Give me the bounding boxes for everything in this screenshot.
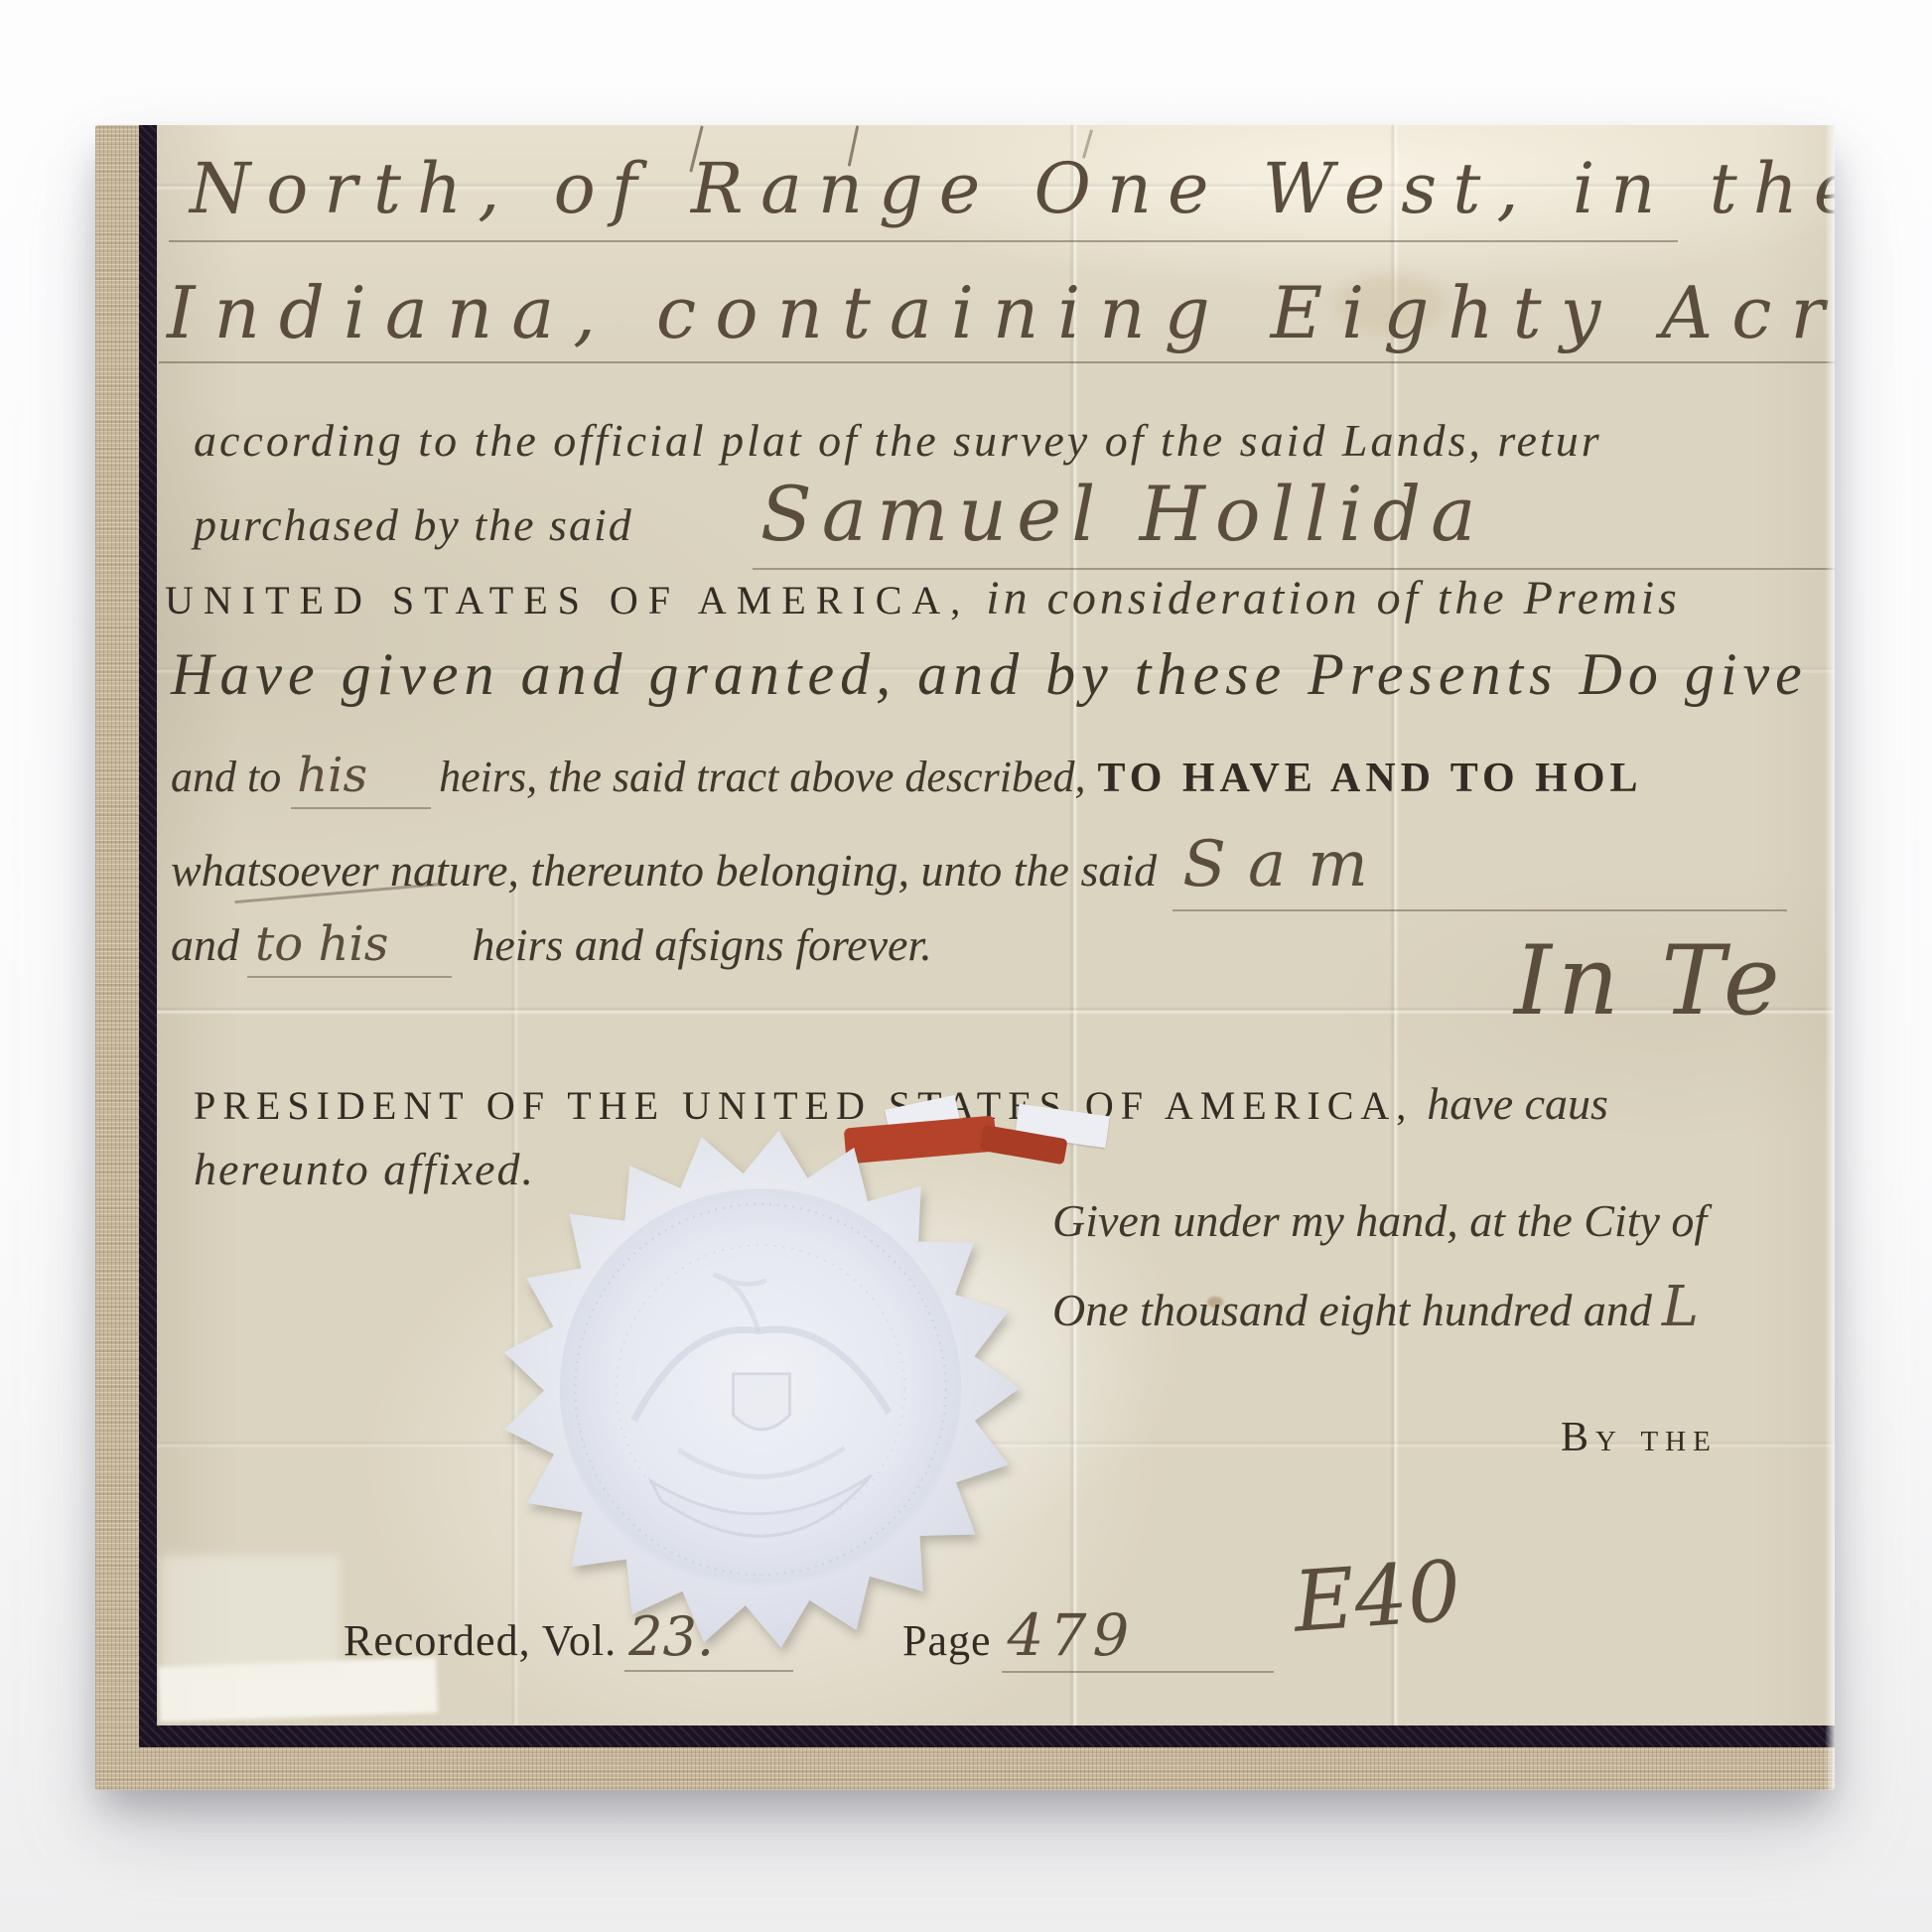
handwritten-line-acreage: Indiana, containing Eighty Acres	[167, 276, 1835, 351]
line-one-thousand: One thousand eight hundred andL	[1052, 1279, 1699, 1337]
engraved-have-caused: have caus	[1427, 1078, 1608, 1129]
photo-crop-edge	[1825, 125, 1835, 1790]
ruled-line	[169, 240, 1678, 242]
printed-to-have-and-to-hold: TO HAVE AND TO HOL	[1097, 756, 1642, 801]
engraved-hereunto-affixed: hereunto affixed.	[194, 1146, 535, 1193]
line-united-states: UNITED STATES OF AMERICA,in consideratio…	[165, 574, 1681, 623]
printed-united-states-of-america: UNITED STATES OF AMERICA,	[165, 578, 970, 622]
printed-president-of-us: PRESIDENT OF THE UNITED STATES OF AMERIC…	[194, 1083, 1413, 1128]
printed-by-the: By the	[1561, 1416, 1718, 1459]
framed-land-patent-photo: North, of Range One West, in the D India…	[95, 125, 1835, 1790]
engraved-have-given: Have given and granted, and by these Pre…	[171, 643, 1808, 706]
linen-mat-bottom	[95, 1747, 1835, 1790]
engraved-line-according: according to the official plat of the su…	[194, 417, 1602, 465]
engraved-whatsoever: whatsoever nature, thereunto belonging, …	[171, 845, 1157, 896]
fold-crease-vertical	[1069, 125, 1078, 1725]
handwritten-volume-number: 23.	[624, 1605, 793, 1672]
engraved-and-to: and to	[171, 753, 281, 801]
footer-recorded-line: Recorded, Vol.23.Page479E40	[344, 1583, 1460, 1670]
printed-recorded-vol: Recorded, Vol.	[344, 1616, 617, 1665]
line-heirs-tract: and tohisheirs, the said tract above des…	[171, 751, 1643, 800]
engraved-in-consideration: in consideration of the Premis	[986, 572, 1681, 624]
paper-lightened-area	[161, 1555, 340, 1674]
line-purchased: purchased by the saidSamuel Hollida	[194, 475, 1835, 554]
engraved-one-thousand: One thousand eight hundred and	[1052, 1285, 1652, 1335]
frame-inner-edge-left	[139, 125, 157, 1747]
handwritten-his: his	[291, 748, 431, 809]
handwritten-to-his: to his	[247, 916, 452, 978]
engraved-heirs-assigns: heirs and afsigns forever.	[472, 919, 931, 970]
frame-inner-edge-bottom	[139, 1725, 1835, 1747]
line-whatsoever: whatsoever nature, thereunto belonging, …	[171, 832, 1787, 898]
engraved-and: and	[171, 919, 239, 970]
embossed-seal-icon	[487, 1126, 1034, 1657]
fold-crease-vertical	[1390, 125, 1399, 1725]
line-assigns-forever: andto hisheirs and afsigns forever.	[171, 919, 932, 969]
engraved-given-under-hand: Given under my hand, at the City of	[1052, 1197, 1707, 1245]
linen-mat-left	[95, 125, 139, 1790]
printed-page-label: Page	[902, 1616, 992, 1665]
handwritten-grantee-name: Samuel Hollida	[753, 470, 1835, 570]
handwritten-page-number: 479	[1002, 1601, 1275, 1673]
handwritten-year-partial: L	[1662, 1275, 1699, 1339]
engraved-heirs-tract: heirs, the said tract above described,	[439, 753, 1085, 801]
handwritten-docket-number: E40	[1291, 1547, 1463, 1646]
engraved-purchased-by: purchased by the said	[194, 499, 633, 550]
engraved-in-testimony: In Te	[1514, 931, 1786, 1032]
handwritten-grantee-partial: Sam	[1173, 828, 1787, 911]
ruled-line	[159, 361, 1835, 363]
handwritten-line-range: North, of Range One West, in the D	[190, 153, 1835, 226]
